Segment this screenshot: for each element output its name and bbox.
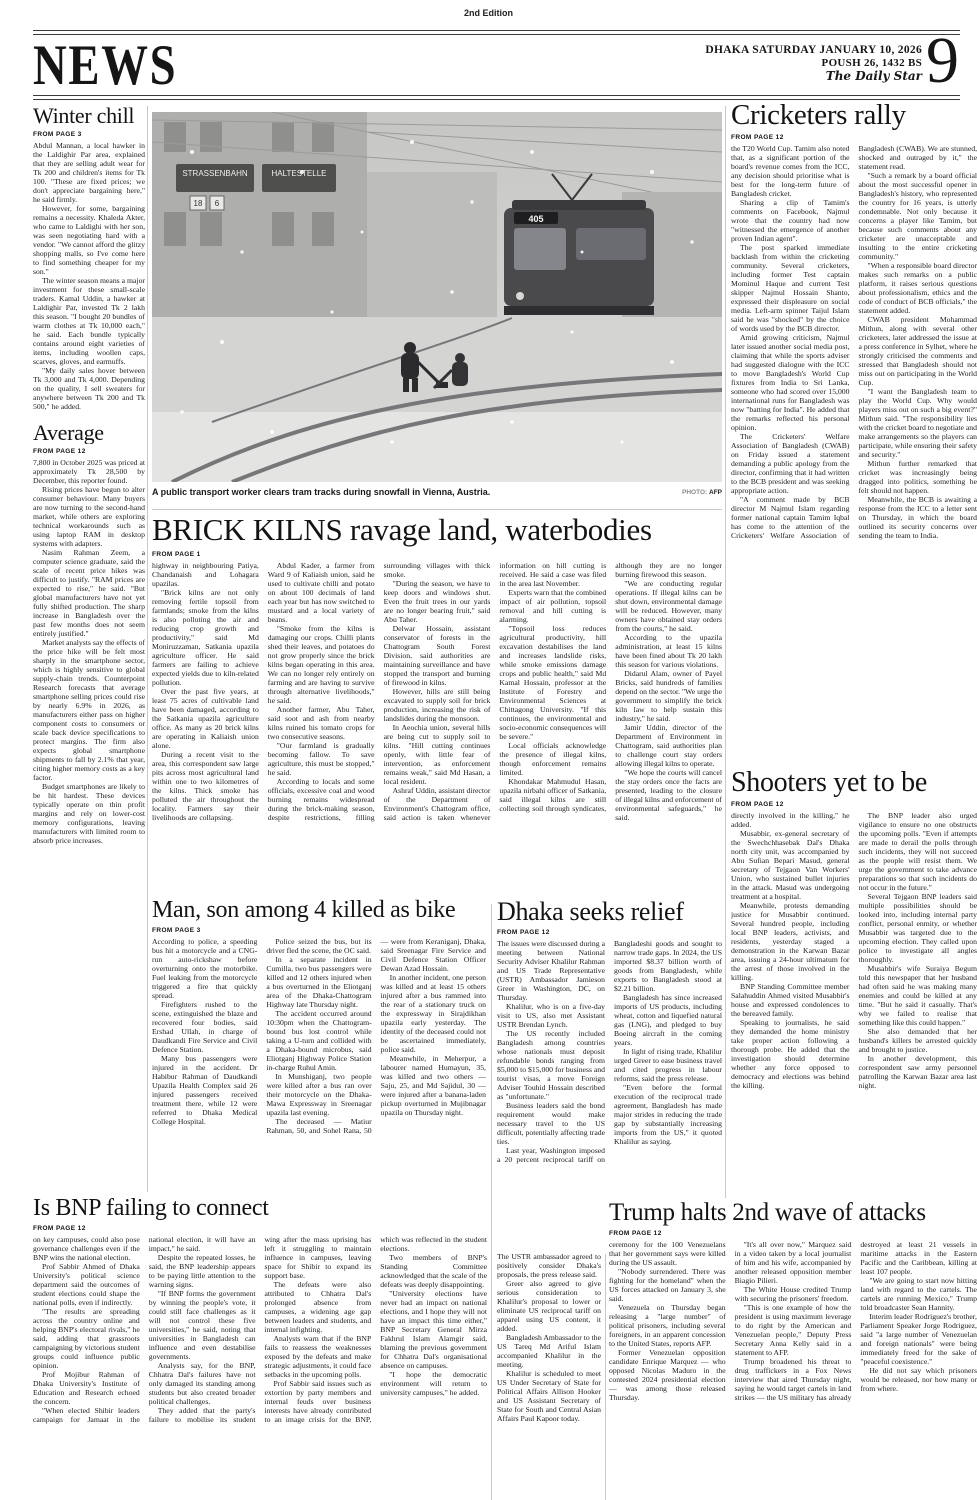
paragraph: She also demanded that her husband's kil… [859, 1027, 977, 1054]
paragraph: Meanwhile, protests demanding justice fo… [731, 901, 850, 982]
paragraph: Over the past five years, at least 75 ac… [152, 687, 259, 750]
paragraph: "Nobody surrendered. There was fighting … [609, 1267, 726, 1303]
tram-windshield [514, 228, 566, 270]
paragraph: Market analysts say the effects of the p… [33, 638, 145, 782]
station-sign-text-2: HALTESTELLE [272, 169, 327, 178]
headline-man-son: Man, son among 4 killed as bike [152, 898, 486, 923]
article-average: Average FROM PAGE 12 7,800 in October 20… [33, 421, 145, 845]
photo-caption-row: A public transport worker clears tram tr… [152, 487, 722, 497]
paragraph: Business leaders said the bond requireme… [497, 1101, 605, 1146]
paragraph: Analysts say, for the BNP, Chhatra Dal's… [149, 1361, 256, 1406]
body-average: 7,800 in October 2025 was priced at appr… [33, 458, 145, 845]
small-sign-18-text: 18 [194, 199, 203, 208]
paragraph: "During the season, we have to keep door… [384, 579, 491, 624]
paragraph: Despite the repeated losses, he said, th… [149, 1253, 256, 1289]
paragraph: Sharing a clip of Tamim's comments on Fa… [731, 198, 850, 243]
paragraph: ceremony for the 100 Venezuelans that he… [609, 1240, 726, 1267]
paragraph: "Topsoil loss reduces agricultural produ… [499, 624, 606, 741]
photo-credit-agency: AFP [709, 489, 722, 496]
paragraph: Local officials acknowledge the presence… [499, 741, 606, 777]
paragraph: The defeats were also attributed to Chha… [265, 1280, 372, 1334]
paragraph: "It's all over now," Marquez said in a v… [735, 1240, 852, 1285]
column-rule-right [725, 106, 726, 1198]
body-shooters: directly involved in the killing," he ad… [731, 811, 977, 1183]
article-brick-kilns: BRICK KILNS ravage land, waterbodies FRO… [152, 514, 722, 891]
paragraph: In Munshiganj, two people were killed af… [266, 1072, 371, 1117]
paragraph: Prof Sabbir Ahmed of Dhaka University's … [33, 1262, 140, 1307]
paragraph: Many bus passengers were injured in the … [152, 1054, 257, 1126]
newspaper-name: The Daily Star [705, 70, 922, 84]
caption-divider-rule [152, 509, 722, 510]
body-man-son: According to police, a speeding bus hit … [152, 937, 486, 1185]
paragraph: the T20 World Cup. Tamim also noted that… [731, 144, 850, 198]
paragraph: The White House credited Trump with secu… [735, 1285, 852, 1303]
headline-cricketers-rally: Cricketers rally [731, 100, 977, 130]
paragraph: Bangladesh has since increased imports o… [614, 993, 722, 1047]
column-rule-mid [491, 904, 492, 1500]
paragraph: Speaking to journalists, he said they de… [731, 1018, 850, 1090]
paragraph: In another development, this corresponde… [859, 1054, 977, 1090]
paragraph: The Cricketers' Welfare Association of B… [731, 432, 850, 495]
headline-brick-kilns: BRICK KILNS ravage land, waterbodies [152, 514, 722, 547]
tram-headlight [516, 292, 524, 300]
tram-side-windows [576, 228, 646, 260]
paragraph: He did not say which prisoners would be … [860, 1366, 977, 1393]
column-rule-left [147, 106, 148, 1192]
paragraph: highway in neighbouring Patiya, Chandana… [152, 561, 259, 588]
background-building-2 [367, 172, 497, 317]
paragraph: Bangladesh Ambassador to the US Tareq Md… [497, 1333, 601, 1369]
headline-winter-chill: Winter chill [33, 104, 145, 127]
small-sign-6-text: 6 [215, 199, 220, 208]
body-brick-kilns: highway in neighbouring Patiya, Chandana… [152, 561, 722, 891]
kicker-trump: FROM PAGE 12 [609, 1230, 977, 1237]
left-rail: Winter chill FROM PAGE 3 Abdul Mannan, a… [33, 104, 145, 1192]
paragraph: "The results are spreading across the co… [33, 1307, 140, 1370]
paragraph: "We are conducting regular operations. I… [615, 579, 722, 633]
kicker-man-son: FROM PAGE 3 [152, 927, 486, 934]
paragraph: Khalilur, who is on a five-day visit to … [497, 1002, 605, 1029]
paragraph: Khalilur is scheduled to meet US Under S… [497, 1369, 601, 1423]
paragraph: Experts warn that the combined impact of… [499, 588, 606, 624]
body-cricketers-rally: the T20 World Cup. Tamim also noted that… [731, 144, 977, 756]
foreground-snow [152, 412, 722, 482]
kicker-bnp-connect: FROM PAGE 12 [33, 1225, 487, 1232]
paragraph: Analysts warn that if the BNP fails to r… [265, 1334, 372, 1379]
paragraph: "My daily sales hover between Tk 3,000 a… [33, 366, 145, 411]
paragraph: "Our farmland is gradually becoming fall… [268, 741, 375, 777]
paragraph: In another incident, one person was kill… [381, 973, 486, 1054]
article-winter-chill: Winter chill FROM PAGE 3 Abdul Mannan, a… [33, 104, 145, 411]
paragraph: According to police, a speeding bus hit … [152, 937, 257, 1000]
paragraph: Nasim Rahman Zeem, a computer science gr… [33, 548, 145, 638]
article-cricketers-rally: Cricketers rally FROM PAGE 12 the T20 Wo… [731, 100, 977, 756]
kicker-cricketers-rally: FROM PAGE 12 [731, 134, 977, 141]
news-photo: STRASSENBAHN HALTESTELLE 18 6 405 [152, 112, 722, 482]
paragraph: The post sparked immediate backlash from… [731, 243, 850, 333]
body-bnp-connect: on key campuses, could also pose governa… [33, 1235, 487, 1487]
paragraph: However, hills are still being excavated… [384, 687, 491, 723]
paragraph: The US recently included Bangladesh amon… [497, 1029, 605, 1101]
kicker-shooters: FROM PAGE 12 [731, 801, 977, 808]
paragraph: Meanwhile, the BCB is awaiting a respons… [859, 495, 977, 540]
paragraph: "University elections have never had an … [380, 1289, 487, 1370]
paragraph: Musabbir's wife Suraiya Begum told this … [859, 964, 977, 1027]
article-trump: Trump halts 2nd wave of attacks FROM PAG… [609, 1200, 977, 1480]
edition-label: 2nd Edition [0, 8, 977, 18]
paragraph: However, for some, bargaining remains a … [33, 204, 145, 276]
paragraph: According to the upazila administration,… [615, 633, 722, 669]
photo-credit-label: PHOTO: [682, 489, 707, 496]
paragraph: "When a responsible board director makes… [859, 261, 977, 315]
paragraph: Mithun further remarked that cricket was… [859, 459, 977, 495]
paragraph: The accident occurred around 10:30pm whe… [266, 1009, 371, 1072]
photo-credit: PHOTO: AFP [682, 489, 722, 496]
paragraph: Venezuela on Thursday began releasing a … [609, 1303, 726, 1348]
paragraph: Interim leader Rodriguez's brother, Parl… [860, 1312, 977, 1366]
vienna-snow-scene-illustration: STRASSENBAHN HALTESTELLE 18 6 405 [152, 112, 722, 482]
paragraph: Budget smartphones are likely to be hit … [33, 782, 145, 845]
newspaper-page: 2nd Edition NEWS DHAKA SATURDAY JANUARY … [0, 0, 977, 1500]
dateline-bengali-calendar: POUSH 26, 1432 BS [705, 57, 922, 70]
dateline-date: DHAKA SATURDAY JANUARY 10, 2026 [705, 44, 922, 57]
paragraph: "Brick kilns are not only removing ferti… [152, 588, 259, 687]
paragraph: BNP Standing Committee member Salahuddin… [731, 982, 850, 1018]
article-dhaka-relief: Dhaka seeks relief FROM PAGE 12 The issu… [497, 898, 722, 1183]
dateline-block: DHAKA SATURDAY JANUARY 10, 2026 POUSH 26… [705, 44, 922, 84]
paragraph: Former Venezuelan opposition candidate E… [609, 1348, 726, 1402]
headline-average: Average [33, 421, 145, 444]
paragraph: Greer also agreed to give serious consid… [497, 1279, 601, 1333]
paragraph: Musabbir, ex-general secretary of the Sw… [731, 829, 850, 901]
article-bnp-connect: Is BNP failing to connect FROM PAGE 12 o… [33, 1196, 487, 1487]
paragraph: "Smoke from the kilns is damaging our cr… [268, 624, 375, 705]
kicker-average: FROM PAGE 12 [33, 448, 145, 455]
paragraph: Amid growing criticism, Najmul later iss… [731, 333, 850, 432]
headline-bnp-connect: Is BNP failing to connect [33, 1196, 487, 1221]
paragraph: "Even before the formal execution of the… [614, 1083, 722, 1146]
paragraph: Delwar Hossain, assistant conservator of… [384, 624, 491, 687]
paragraph: "We are going to start now hitting land … [860, 1276, 977, 1312]
paragraph: on key campuses, could also pose governa… [33, 1235, 140, 1262]
paragraph: Didarul Alam, owner of Payel Bricks, sai… [615, 669, 722, 723]
headline-trump: Trump halts 2nd wave of attacks [609, 1200, 977, 1226]
body-trump: ceremony for the 100 Venezuelans that he… [609, 1240, 977, 1480]
paragraph: Two members of BNP's Standing Committee … [380, 1253, 487, 1289]
paragraph: "I hope the democratic environment will … [380, 1370, 487, 1397]
kicker-winter-chill: FROM PAGE 3 [33, 131, 145, 138]
article-shooters: Shooters yet to be FROM PAGE 12 directly… [731, 768, 977, 1183]
paragraph: "Such a remark by a board official about… [859, 171, 977, 261]
paragraph: Abdul Kader, a farmer from Ward 9 of Kal… [268, 561, 375, 624]
paragraph: 7,800 in October 2025 was priced at appr… [33, 458, 145, 485]
paragraph: In a separate incident in Cumilla, two b… [266, 955, 371, 1009]
paragraph: Police seized the bus, but its driver fl… [266, 937, 371, 955]
paragraph: Several Tejgaon BNP leaders said multipl… [859, 892, 977, 964]
paragraph: directly involved in the killing," he ad… [731, 811, 850, 829]
section-masthead: NEWS [33, 33, 177, 98]
paragraph: Abdul Mannan, a local hawker in the Lald… [33, 141, 145, 204]
paragraph: "If BNP forms the government by winning … [149, 1289, 256, 1361]
paragraph: The issues were discussed during a meeti… [497, 939, 605, 1002]
paragraph: Another farmer, Abu Taher, said soot and… [268, 705, 375, 741]
paragraph: CWAB president Mohammad Mithun, along wi… [859, 315, 977, 387]
article-man-son: Man, son among 4 killed as bike FROM PAG… [152, 898, 486, 1185]
paragraph: Firefighters rushed to the scene, exting… [152, 1000, 257, 1054]
paragraph: The BNP leader also urged vigilance to e… [859, 811, 977, 892]
paragraph: Jamir Uddin, director of the Department … [615, 723, 722, 768]
paragraph: In light of rising trade, Khalilur urged… [614, 1047, 722, 1083]
kicker-brick-kilns: FROM PAGE 1 [152, 551, 722, 558]
body-dhaka-relief: The issues were discussed during a meeti… [497, 939, 722, 1183]
paragraph: The winter season means a major investme… [33, 276, 145, 366]
page-number: 9 [926, 28, 959, 94]
body-dhaka-relief-continued: The USTR ambassador agreed to positively… [497, 1252, 601, 1498]
column-rule-bottom [605, 1254, 606, 1500]
body-winter-chill: Abdul Mannan, a local hawker in the Lald… [33, 141, 145, 411]
headline-dhaka-relief: Dhaka seeks relief [497, 898, 722, 925]
headline-shooters: Shooters yet to be [731, 768, 977, 797]
station-sign-text-1: STRASSENBAHN [182, 169, 248, 178]
paragraph: Meanwhile, in Meherpur, a labourer named… [381, 1054, 486, 1117]
kicker-dhaka-relief: FROM PAGE 12 [497, 929, 722, 936]
tram-number-text: 405 [528, 214, 543, 224]
paragraph: "We hope the courts will cancel the stay… [615, 768, 722, 822]
paragraph: Prof Mojibur Rahman of Dhaka University'… [33, 1370, 140, 1406]
paragraph: The USTR ambassador agreed to positively… [497, 1252, 601, 1279]
paragraph: During a recent visit to the area, this … [152, 750, 259, 822]
paragraph: Rising prices have begun to alter consum… [33, 485, 145, 548]
photo-caption: A public transport worker clears tram tr… [152, 487, 490, 497]
paragraph: In Aeochia union, several hills are bein… [384, 723, 491, 786]
paragraph: "I want the Bangladesh team to play the … [859, 387, 977, 459]
paragraph: "This is one example of how the presiden… [735, 1303, 852, 1357]
